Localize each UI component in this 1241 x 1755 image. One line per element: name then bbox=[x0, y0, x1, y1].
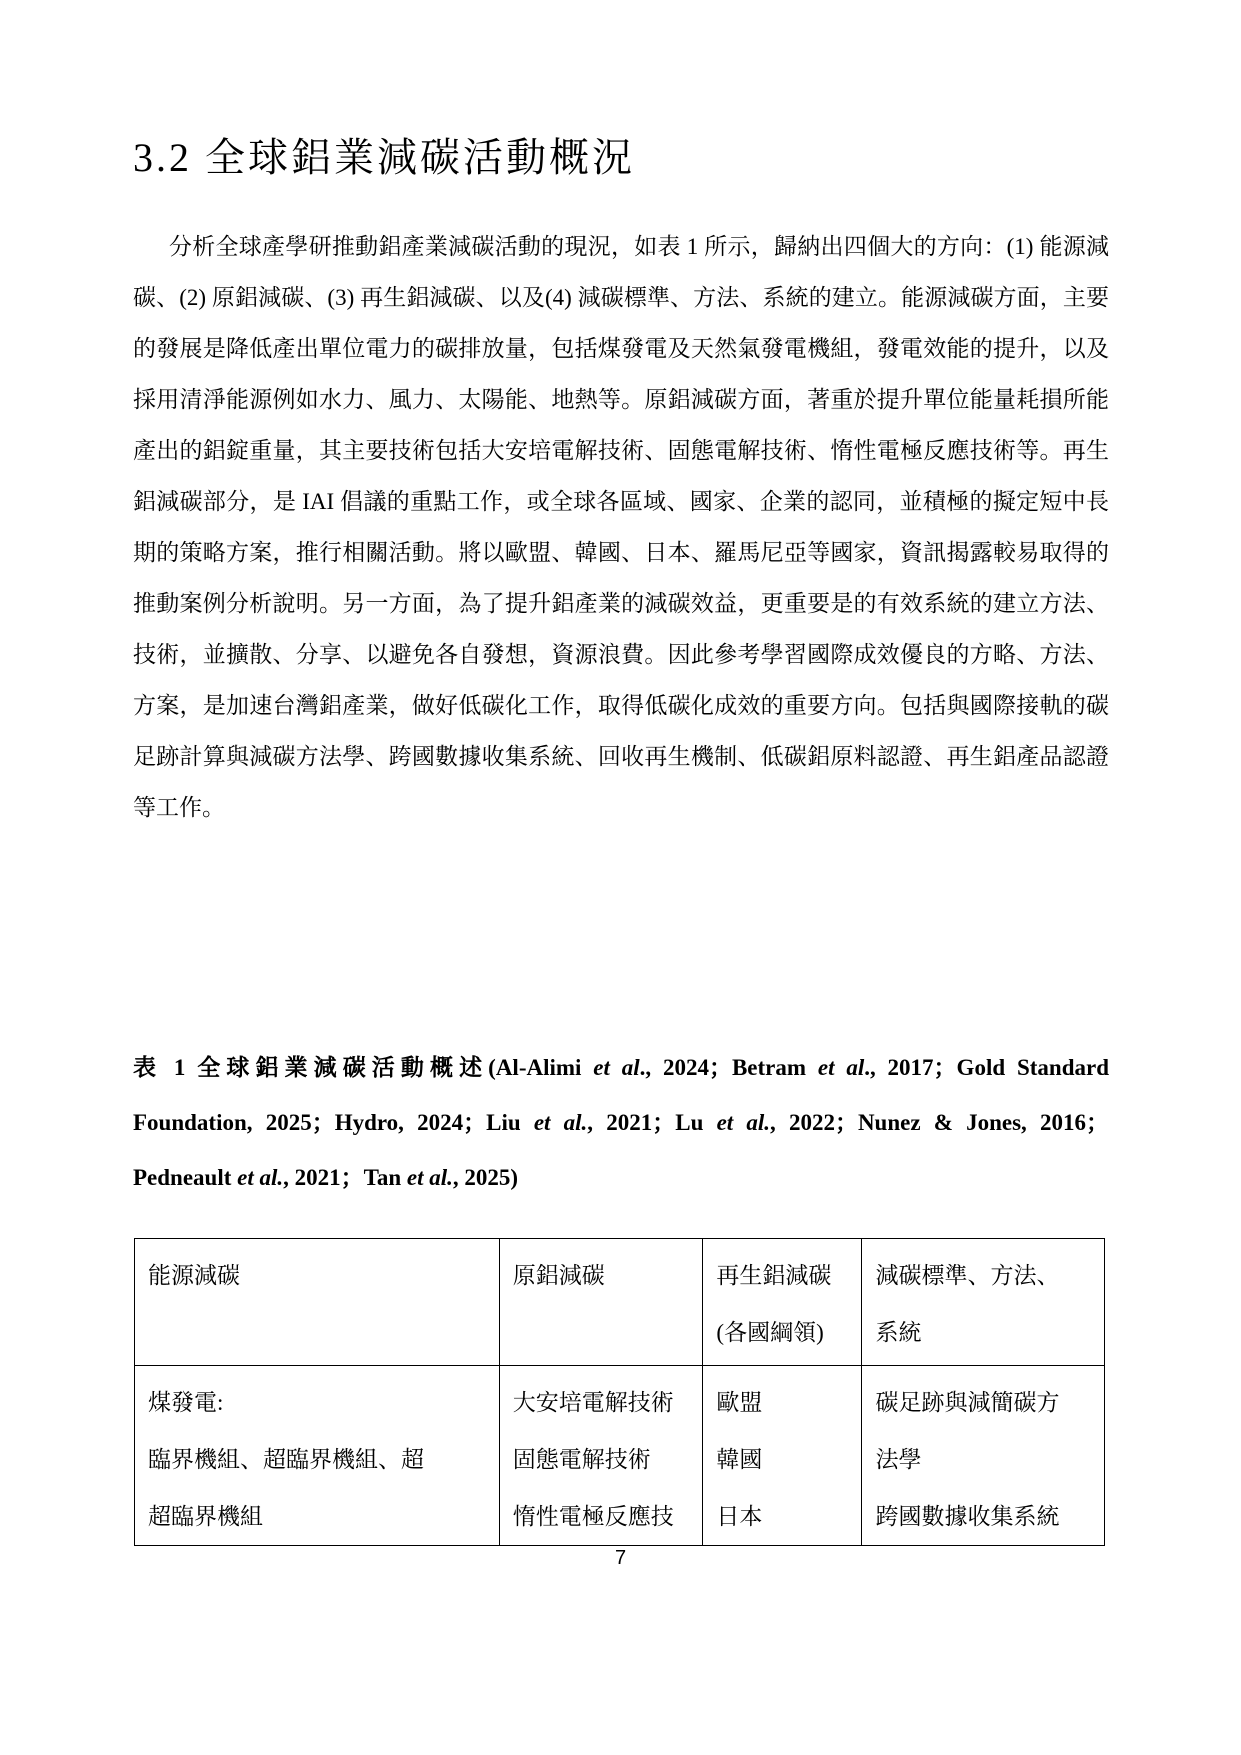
table-row: 煤發電: 臨界機組、超臨界機組、超 超臨界機組 大安培電解技術 固態電解技術 惰… bbox=[135, 1366, 1105, 1546]
header-cell-line: 原鋁減碳 bbox=[513, 1247, 695, 1304]
header-cell-line: (各國綱領) bbox=[716, 1304, 853, 1361]
cell-electrolysis-technologies: 大安培電解技術 固態電解技術 惰性電極反應技 bbox=[499, 1366, 703, 1546]
header-cell-line: 系統 bbox=[875, 1304, 1096, 1361]
body-cell-line: 日本 bbox=[716, 1488, 853, 1545]
body-cell-line: 煤發電: bbox=[148, 1374, 491, 1431]
section-heading: 3.2 全球鋁業減碳活動概況 bbox=[133, 126, 635, 183]
header-cell-line: 能源減碳 bbox=[148, 1247, 491, 1304]
document-page: 3.2 全球鋁業減碳活動概況 分析全球產學研推動鋁產業減碳活動的現況，如表 1 … bbox=[0, 0, 1241, 1755]
cell-countries: 歐盟 韓國 日本 bbox=[703, 1366, 862, 1546]
body-cell-line: 跨國數據收集系統 bbox=[875, 1488, 1096, 1545]
body-cell-line: 超臨界機組 bbox=[148, 1488, 491, 1545]
body-cell-line: 大安培電解技術 bbox=[513, 1374, 695, 1431]
body-paragraph: 分析全球產學研推動鋁產業減碳活動的現況，如表 1 所示，歸納出四個大的方向：(1… bbox=[133, 221, 1109, 833]
column-header-standards-methods-systems: 減碳標準、方法、 系統 bbox=[862, 1239, 1105, 1366]
body-cell-line: 碳足跡與減簡碳方 bbox=[875, 1374, 1096, 1431]
column-header-recycled-aluminum-decarbonization: 再生鋁減碳 (各國綱領) bbox=[703, 1239, 862, 1366]
column-header-energy-decarbonization: 能源減碳 bbox=[135, 1239, 500, 1366]
header-cell-line: 減碳標準、方法、 bbox=[875, 1247, 1096, 1304]
cell-coal-power-units: 煤發電: 臨界機組、超臨界機組、超 超臨界機組 bbox=[135, 1366, 500, 1546]
page-number: 7 bbox=[0, 1547, 1241, 1570]
cell-footprint-methodology-systems: 碳足跡與減簡碳方 法學 跨國數據收集系統 bbox=[862, 1366, 1105, 1546]
table-caption: 表 1 全球鋁業減碳活動概述(Al-Alimi et al., 2024；Bet… bbox=[133, 1040, 1109, 1205]
body-cell-line: 韓國 bbox=[716, 1431, 853, 1488]
decarbonization-activities-table: 能源減碳 原鋁減碳 再生鋁減碳 (各國綱領) 減碳標準、方法、 系統 煤發電: bbox=[134, 1238, 1105, 1546]
body-cell-line: 惰性電極反應技 bbox=[513, 1488, 695, 1545]
body-cell-line: 固態電解技術 bbox=[513, 1431, 695, 1488]
header-cell-line: 再生鋁減碳 bbox=[716, 1247, 853, 1304]
table-header-row: 能源減碳 原鋁減碳 再生鋁減碳 (各國綱領) 減碳標準、方法、 系統 bbox=[135, 1239, 1105, 1366]
body-cell-line: 歐盟 bbox=[716, 1374, 853, 1431]
body-cell-line: 法學 bbox=[875, 1431, 1096, 1488]
body-cell-line: 臨界機組、超臨界機組、超 bbox=[148, 1431, 491, 1488]
column-header-primary-aluminum-decarbonization: 原鋁減碳 bbox=[499, 1239, 703, 1366]
